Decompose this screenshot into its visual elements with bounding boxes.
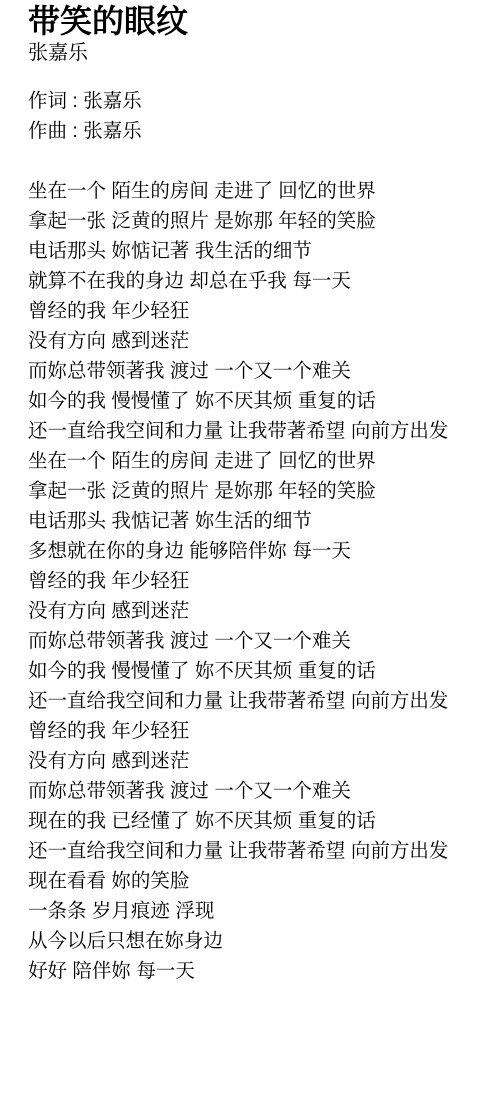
lyric-line: 而妳总带领著我 渡过 一个又一个难关	[28, 626, 480, 656]
lyric-line: 曾经的我 年少轻狂	[28, 566, 480, 596]
lyric-line: 好好 陪伴妳 每一天	[28, 956, 480, 986]
lyric-line: 电话那头 我惦记著 妳生活的细节	[28, 506, 480, 536]
lyric-line: 一条条 岁月痕迹 浮现	[28, 896, 480, 926]
lyric-line: 如今的我 慢慢懂了 妳不厌其烦 重复的话	[28, 386, 480, 416]
lyric-line: 还一直给我空间和力量 让我带著希望 向前方出发	[28, 416, 480, 446]
lyric-line: 坐在一个 陌生的房间 走进了 回忆的世界	[28, 176, 480, 206]
lyric-line: 就算不在我的身边 却总在乎我 每一天	[28, 266, 480, 296]
lyric-line: 多想就在你的身边 能够陪伴妳 每一天	[28, 536, 480, 566]
credit-lyricist: 作词 : 张嘉乐	[28, 86, 480, 116]
lyric-line: 坐在一个 陌生的房间 走进了 回忆的世界	[28, 446, 480, 476]
lyric-line: 现在的我 已经懂了 妳不厌其烦 重复的话	[28, 806, 480, 836]
lyric-line: 拿起一张 泛黄的照片 是妳那 年轻的笑脸	[28, 206, 480, 236]
page-title: 带笑的眼纹	[28, 2, 480, 40]
lyric-line: 曾经的我 年少轻狂	[28, 296, 480, 326]
lyric-line: 拿起一张 泛黄的照片 是妳那 年轻的笑脸	[28, 476, 480, 506]
lyric-line: 没有方向 感到迷茫	[28, 326, 480, 356]
lyric-line: 而妳总带领著我 渡过 一个又一个难关	[28, 776, 480, 806]
lyric-line: 还一直给我空间和力量 让我带著希望 向前方出发	[28, 836, 480, 866]
credit-composer: 作曲 : 张嘉乐	[28, 116, 480, 146]
lyric-line: 现在看看 妳的笑脸	[28, 866, 480, 896]
lyrics-block: 坐在一个 陌生的房间 走进了 回忆的世界 拿起一张 泛黄的照片 是妳那 年轻的笑…	[28, 176, 480, 986]
lyric-line: 如今的我 慢慢懂了 妳不厌其烦 重复的话	[28, 656, 480, 686]
lyric-line: 没有方向 感到迷茫	[28, 746, 480, 776]
credits-block: 作词 : 张嘉乐 作曲 : 张嘉乐	[28, 86, 480, 146]
lyric-line: 电话那头 妳惦记著 我生活的细节	[28, 236, 480, 266]
lyrics-page: 带笑的眼纹 张嘉乐 作词 : 张嘉乐 作曲 : 张嘉乐 坐在一个 陌生的房间 走…	[0, 0, 500, 1120]
artist-name: 张嘉乐	[28, 40, 480, 66]
lyric-line: 曾经的我 年少轻狂	[28, 716, 480, 746]
lyric-line: 从今以后只想在妳身边	[28, 926, 480, 956]
lyric-line: 而妳总带领著我 渡过 一个又一个难关	[28, 356, 480, 386]
lyric-line: 还一直给我空间和力量 让我带著希望 向前方出发	[28, 686, 480, 716]
lyric-line: 没有方向 感到迷茫	[28, 596, 480, 626]
